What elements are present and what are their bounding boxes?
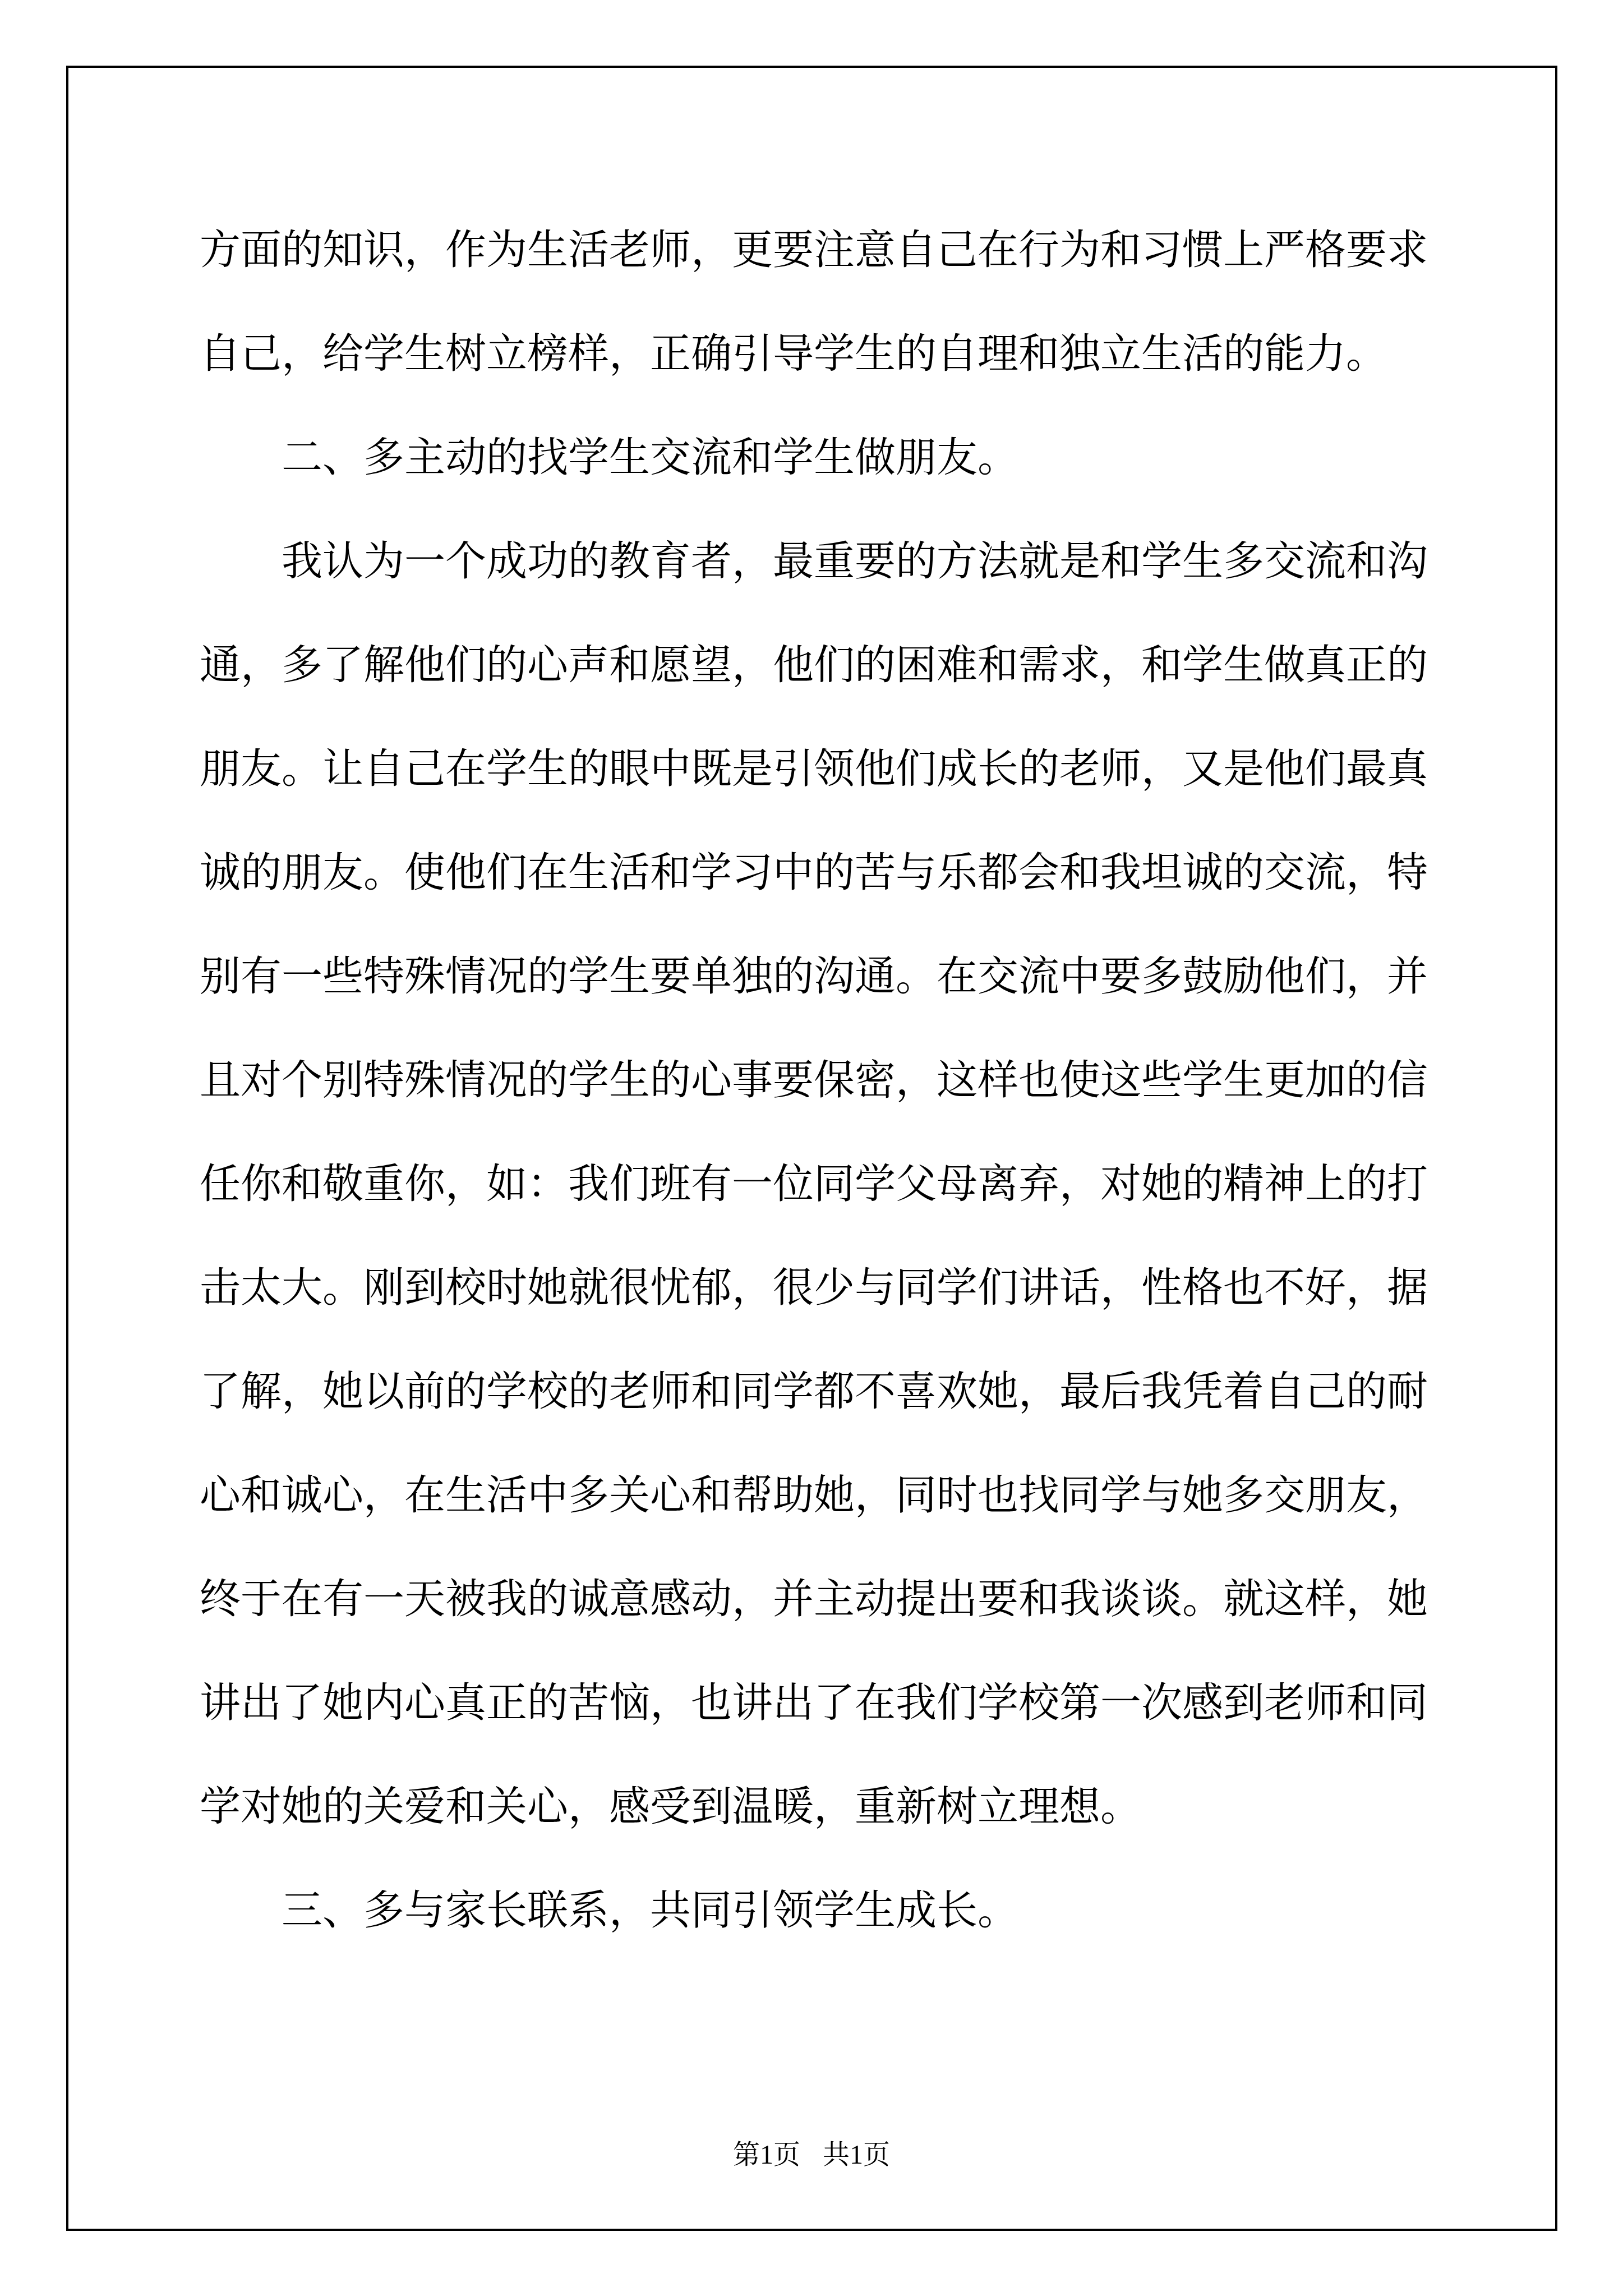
paragraph-line: 学对她的关爱和关心，感受到温暖，重新树立理想。 — [200, 1755, 1428, 1858]
paragraph-line: 通，多了解他们的心声和愿望，他们的困难和需求，和学生做真正的 — [200, 613, 1428, 717]
paragraph-line: 诚的朋友。使他们在生活和学习中的苦与乐都会和我坦诚的交流，特 — [200, 821, 1428, 924]
paragraph-line: 三、多与家长联系，共同引领学生成长。 — [200, 1858, 1428, 1962]
paragraph-line: 方面的知识，作为生活老师，更要注意自己在行为和习惯上严格要求 — [200, 198, 1428, 302]
paragraph-line: 我认为一个成功的教育者，最重要的方法就是和学生多交流和沟 — [200, 509, 1428, 613]
paragraph-line: 了解，她以前的学校的老师和同学都不喜欢她，最后我凭着自己的耐 — [200, 1340, 1428, 1443]
paragraph-line: 别有一些特殊情况的学生要单独的沟通。在交流中要多鼓励他们，并 — [200, 924, 1428, 1028]
paragraph-line: 朋友。让自己在学生的眼中既是引领他们成长的老师，又是他们最真 — [200, 717, 1428, 821]
document-body: 方面的知识，作为生活老师，更要注意自己在行为和习惯上严格要求自己，给学生树立榜样… — [200, 198, 1428, 1962]
paragraph-line: 心和诚心，在生活中多关心和帮助她，同时也找同学与她多交朋友， — [200, 1443, 1428, 1547]
footer-page-total: 共1页 — [823, 2140, 890, 2170]
paragraph-line: 二、多主动的找学生交流和学生做朋友。 — [200, 406, 1428, 509]
paragraph-line: 击太大。刚到校时她就很忧郁，很少与同学们讲话，性格也不好，据 — [200, 1236, 1428, 1340]
footer-page-number: 第1页 — [733, 2140, 800, 2170]
paragraph-line: 终于在有一天被我的诚意感动，并主动提出要和我谈谈。就这样，她 — [200, 1547, 1428, 1651]
page-footer: 第1页共1页 — [0, 2138, 1623, 2172]
paragraph-line: 任你和敬重你，如：我们班有一位同学父母离弃，对她的精神上的打 — [200, 1132, 1428, 1236]
paragraph-line: 讲出了她内心真正的苦恼，也讲出了在我们学校第一次感到老师和同 — [200, 1651, 1428, 1755]
paragraph-line: 且对个别特殊情况的学生的心事要保密，这样也使这些学生更加的信 — [200, 1028, 1428, 1132]
paragraph-line: 自己，给学生树立榜样，正确引导学生的自理和独立生活的能力。 — [200, 302, 1428, 406]
document-page: 方面的知识，作为生活老师，更要注意自己在行为和习惯上严格要求自己，给学生树立榜样… — [0, 0, 1623, 2296]
